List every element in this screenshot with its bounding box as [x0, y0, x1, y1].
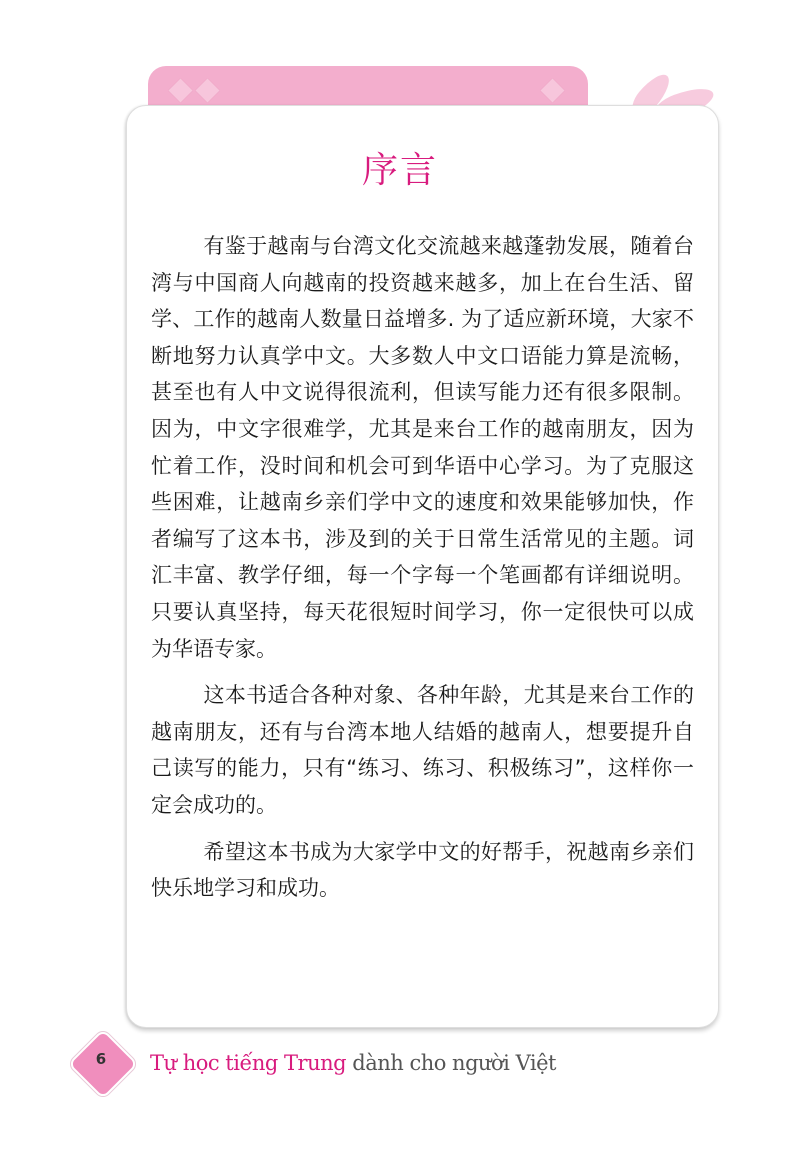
- page-title: 序言: [0, 142, 800, 193]
- book-title-footer: Tự học tiếng Trung dành cho người Việt: [150, 1051, 556, 1075]
- book-title-accent: Tự học tiếng Trung: [150, 1051, 346, 1075]
- paragraph: 有鉴于越南与台湾文化交流越来越蓬勃发展，随着台湾与中国商人向越南的投资越来越多，…: [151, 228, 694, 667]
- preface-body: 有鉴于越南与台湾文化交流越来越蓬勃发展，随着台湾与中国商人向越南的投资越来越多，…: [151, 228, 694, 917]
- paragraph: 希望这本书成为大家学中文的好帮手，祝越南乡亲们快乐地学习和成功。: [151, 834, 694, 907]
- book-title-rest: dành cho người Việt: [346, 1051, 556, 1075]
- diamond-icon: [168, 78, 192, 102]
- diamond-icon: [540, 78, 564, 102]
- page-number: 6: [78, 1050, 124, 1068]
- paragraph: 这本书适合各种对象、各种年龄，尤其是来台工作的越南朋友，还有与台湾本地人结婚的越…: [151, 677, 694, 823]
- diamond-icon: [195, 78, 219, 102]
